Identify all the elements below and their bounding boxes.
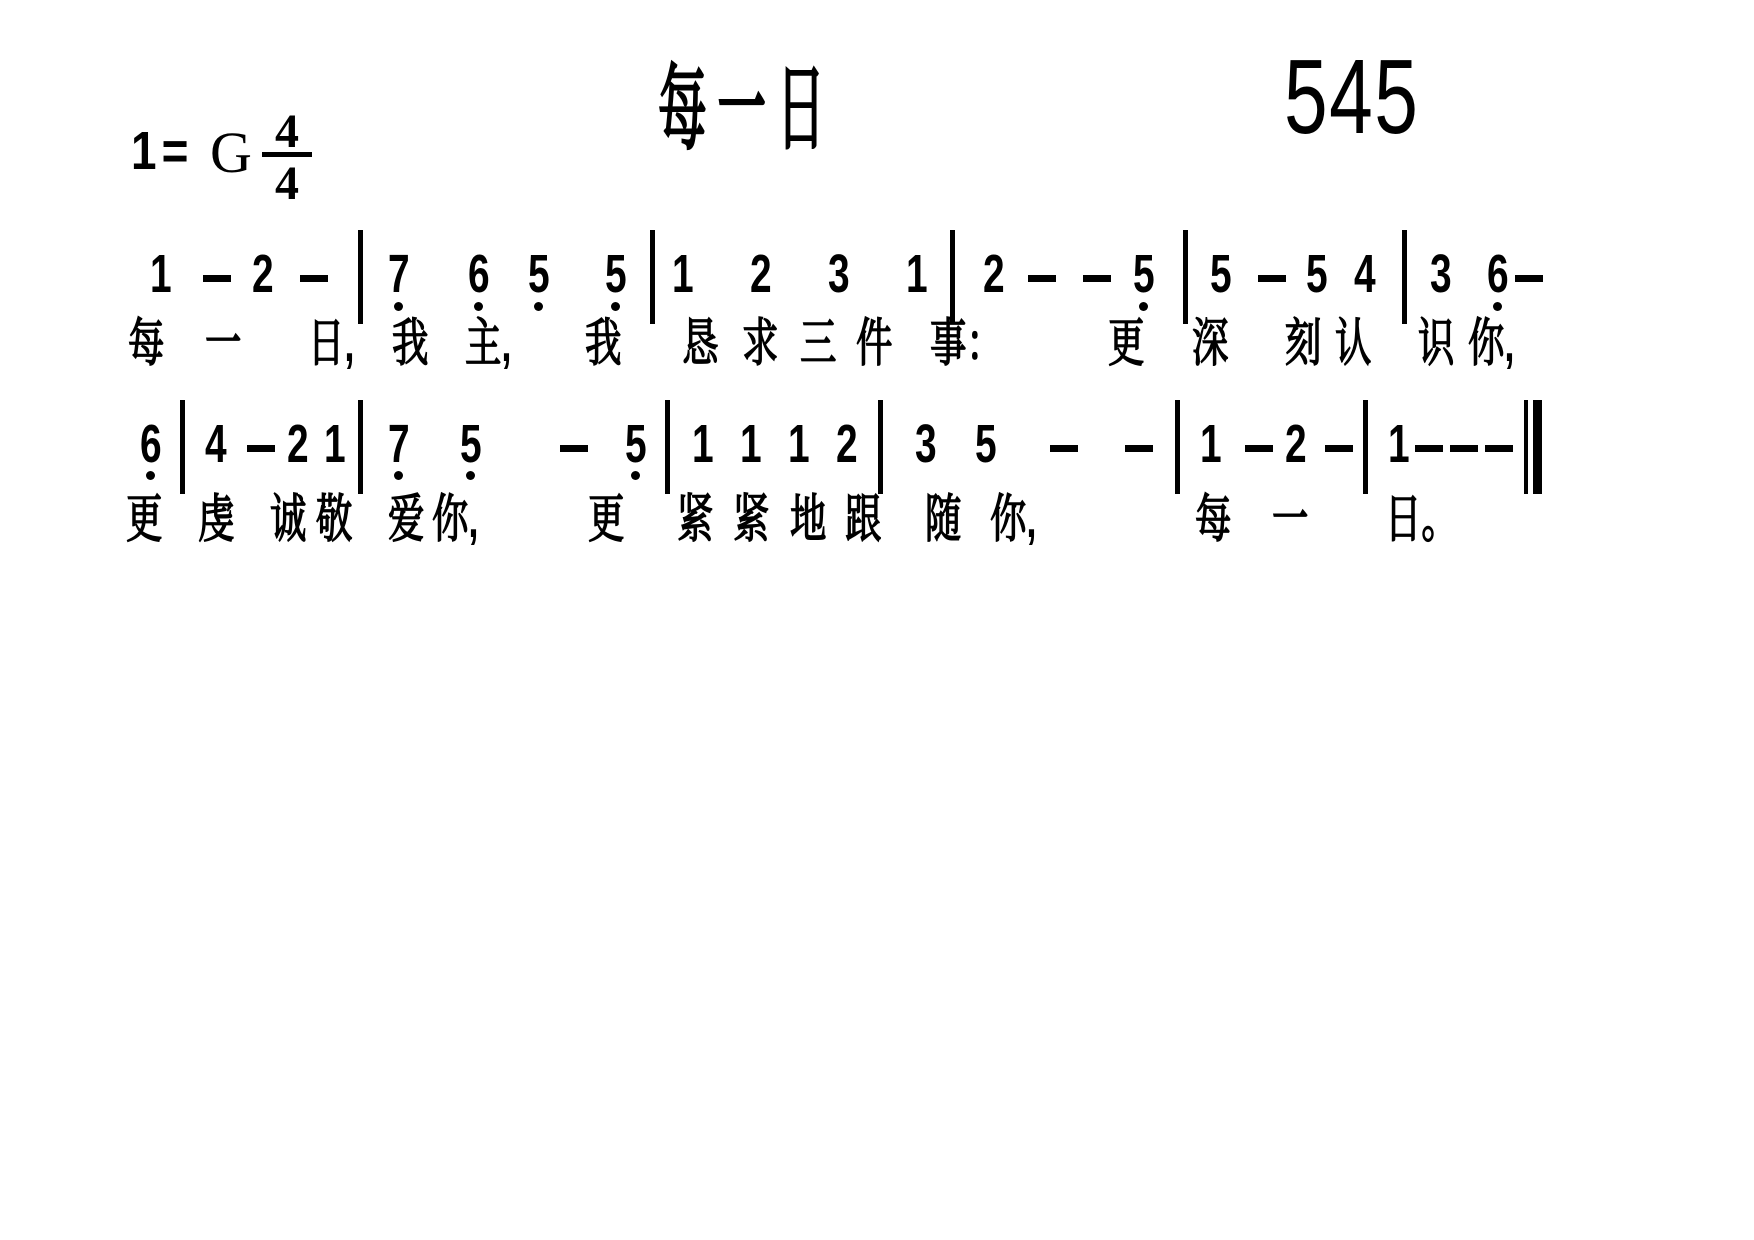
low-octave-dot bbox=[394, 471, 403, 480]
lyric-syllable: 地 bbox=[790, 494, 826, 546]
lyric-syllable: 紧 bbox=[733, 494, 769, 546]
duration-dash bbox=[1028, 275, 1056, 282]
lyric-syllable: 随 bbox=[925, 494, 961, 546]
low-octave-dot bbox=[611, 302, 620, 311]
lyric-syllable: 更 bbox=[588, 494, 624, 546]
lyric-syllable: 一 bbox=[1272, 494, 1308, 546]
duration-dash bbox=[1245, 445, 1273, 452]
duration-dash bbox=[1258, 275, 1286, 282]
key-signature-prefix: 1= bbox=[131, 124, 194, 178]
note-digit: 1 bbox=[324, 417, 346, 471]
note-digit: 5 bbox=[1210, 247, 1232, 301]
final-barline-thin bbox=[1524, 400, 1528, 494]
lyric-syllable: 你, bbox=[990, 494, 1037, 546]
final-barline-thick bbox=[1533, 400, 1542, 494]
note-digit: 5 bbox=[1306, 247, 1328, 301]
note-digit: 6 bbox=[140, 417, 162, 471]
note-digit: 4 bbox=[205, 417, 227, 471]
duration-dash bbox=[560, 445, 588, 452]
lyric-syllable: 三 bbox=[800, 318, 836, 370]
note-digit: 6 bbox=[1487, 247, 1509, 301]
lyric-syllable: 更 bbox=[126, 494, 162, 546]
note-digit: 4 bbox=[1354, 247, 1376, 301]
note-digit: 2 bbox=[287, 417, 309, 471]
barline bbox=[950, 230, 955, 324]
note-digit: 1 bbox=[740, 417, 762, 471]
lyric-syllable: 紧 bbox=[677, 494, 713, 546]
lyric-syllable: 更 bbox=[1108, 318, 1144, 370]
note-digit: 2 bbox=[983, 247, 1005, 301]
barline bbox=[1402, 230, 1407, 324]
lyric-syllable: 跟 bbox=[845, 494, 881, 546]
duration-dash bbox=[1125, 445, 1153, 452]
low-octave-dot bbox=[1493, 302, 1502, 311]
lyric-syllable: 件 bbox=[856, 318, 892, 370]
barline bbox=[1363, 400, 1368, 494]
lyric-syllable: 一 bbox=[205, 318, 241, 370]
hymn-number: 545 bbox=[1284, 44, 1419, 150]
lyric-syllable: 每 bbox=[128, 318, 164, 370]
lyric-syllable: 我 bbox=[585, 318, 621, 370]
note-digit: 3 bbox=[1430, 247, 1452, 301]
note-digit: 2 bbox=[1285, 417, 1307, 471]
note-digit: 1 bbox=[1200, 417, 1222, 471]
lyric-syllable: 深 bbox=[1192, 318, 1228, 370]
time-signature-denominator: 4 bbox=[260, 160, 314, 208]
note-digit: 2 bbox=[750, 247, 772, 301]
duration-dash bbox=[203, 275, 231, 282]
key-signature-letter: G bbox=[210, 124, 252, 182]
lyric-syllable: 你, bbox=[432, 494, 479, 546]
note-digit: 5 bbox=[605, 247, 627, 301]
note-digit: 7 bbox=[388, 417, 410, 471]
barline bbox=[1183, 230, 1188, 324]
note-digit: 5 bbox=[975, 417, 997, 471]
low-octave-dot bbox=[474, 302, 483, 311]
note-digit: 2 bbox=[836, 417, 858, 471]
low-octave-dot bbox=[534, 302, 543, 311]
barline bbox=[665, 400, 670, 494]
low-octave-dot bbox=[394, 302, 403, 311]
lyric-syllable: 你, bbox=[1468, 318, 1515, 370]
lyric-syllable: 每 bbox=[1195, 494, 1231, 546]
duration-dash bbox=[1450, 445, 1478, 452]
duration-dash bbox=[247, 445, 275, 452]
lyric-syllable: 虔 bbox=[198, 494, 234, 546]
duration-dash bbox=[1325, 445, 1353, 452]
low-octave-dot bbox=[146, 471, 155, 480]
note-digit: 1 bbox=[906, 247, 928, 301]
lyric-syllable: 日。 bbox=[1385, 494, 1458, 546]
lyric-syllable: 诚 bbox=[270, 494, 306, 546]
lyric-syllable: 爱 bbox=[388, 494, 424, 546]
lyric-syllable: 认 bbox=[1335, 318, 1371, 370]
note-digit: 2 bbox=[252, 247, 274, 301]
note-digit: 3 bbox=[828, 247, 850, 301]
barline bbox=[358, 400, 363, 494]
low-octave-dot bbox=[1139, 302, 1148, 311]
time-signature-numerator: 4 bbox=[260, 108, 314, 156]
barline bbox=[650, 230, 655, 324]
lyric-syllable: 刻 bbox=[1285, 318, 1321, 370]
hymn-sheet: 1= G 4 4 每一日 545 12765512312555436 每一日,我… bbox=[0, 0, 1754, 1240]
barline bbox=[180, 400, 185, 494]
note-digit: 1 bbox=[1388, 417, 1410, 471]
duration-dash bbox=[300, 275, 328, 282]
note-digit: 5 bbox=[625, 417, 647, 471]
duration-dash bbox=[1083, 275, 1111, 282]
note-digit: 7 bbox=[388, 247, 410, 301]
lyric-syllable: 日, bbox=[308, 318, 355, 370]
barline bbox=[358, 230, 363, 324]
barline bbox=[1175, 400, 1180, 494]
duration-dash bbox=[1050, 445, 1078, 452]
note-digit: 1 bbox=[150, 247, 172, 301]
note-digit: 1 bbox=[692, 417, 714, 471]
note-digit: 1 bbox=[788, 417, 810, 471]
lyric-syllable: 恳 bbox=[682, 318, 718, 370]
low-octave-dot bbox=[631, 471, 640, 480]
low-octave-dot bbox=[466, 471, 475, 480]
lyric-syllable: 求 bbox=[742, 318, 778, 370]
note-digit: 1 bbox=[672, 247, 694, 301]
duration-dash bbox=[1415, 445, 1443, 452]
duration-dash bbox=[1515, 275, 1543, 282]
barline bbox=[878, 400, 883, 494]
lyric-syllable: 敬 bbox=[316, 494, 352, 546]
note-digit: 6 bbox=[468, 247, 490, 301]
note-digit: 5 bbox=[460, 417, 482, 471]
lyric-syllable: 识 bbox=[1418, 318, 1454, 370]
lyric-syllable: 我 bbox=[392, 318, 428, 370]
note-digit: 5 bbox=[528, 247, 550, 301]
page-title: 每一日 bbox=[658, 62, 836, 156]
lyric-syllable: 主, bbox=[465, 318, 512, 370]
lyric-syllable: 事： bbox=[930, 318, 1003, 370]
note-digit: 5 bbox=[1133, 247, 1155, 301]
note-digit: 3 bbox=[915, 417, 937, 471]
duration-dash bbox=[1485, 445, 1513, 452]
